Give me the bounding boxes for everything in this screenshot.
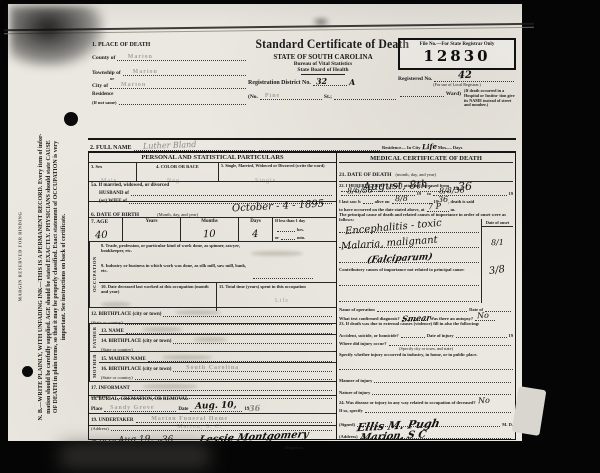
- years-cell: Years: [123, 218, 181, 241]
- industry-label: 9. Industry or business in which work wa…: [101, 263, 251, 273]
- mother-group: MOTHER 15. MAIDEN NAME 16. BIRTHPLACE (c…: [89, 352, 336, 382]
- cause-line-1: Encephalitis - toxic: [339, 223, 479, 233]
- autopsy-value-line: No: [475, 313, 495, 321]
- township-label: Township of: [92, 70, 121, 76]
- address-value-line: Marion, S C: [360, 431, 511, 439]
- mother-birthplace-sub-line: (State or country): [101, 372, 334, 380]
- father-birthplace-sub-line2: [135, 344, 332, 352]
- autopsy-value: No: [477, 312, 489, 320]
- father-name-line: [126, 326, 332, 334]
- industry-value-line: [253, 271, 313, 279]
- test-value-line: Smear: [402, 313, 428, 321]
- husband-line: HUSBAND of: [99, 188, 334, 196]
- where-line: Where did injury occur?: [339, 338, 513, 346]
- punch-hole: [64, 112, 78, 126]
- registration-district-line: Registration District No. 32 A: [248, 78, 398, 86]
- street-line: (No. Pine St.;: [248, 92, 398, 100]
- registered-line: Registered No. 42: [398, 74, 516, 82]
- age-label-cell: 7. AGE 40: [89, 218, 123, 241]
- mos-label: Mos.: [438, 145, 447, 150]
- accident-line: Accident, suicide, or homicide? Date of …: [339, 329, 513, 338]
- registered-value-line: 42: [434, 74, 514, 82]
- trade-label: 8. Trade, profession, or particular kind…: [101, 243, 251, 253]
- ink-smudge: [142, 384, 198, 389]
- birthplace-line: 12. BIRTHPLACE (city or town): [91, 309, 334, 317]
- place-of-death-block: 1. PLACE OF DEATH County of Marion Towns…: [92, 42, 248, 105]
- sex-race-marital-cells: 3. Sex Male 4. COLOR OR RACE Neg. 5. Sin…: [89, 163, 336, 181]
- signature-line: Ellis M. Pugh: [357, 419, 500, 427]
- total-time-label: 11. Total time (years) spent in this occ…: [219, 284, 334, 289]
- street-line2: [334, 92, 396, 100]
- state-title: STATE OF SOUTH CAROLINA: [248, 53, 398, 61]
- nb-line: OF DEATH in plain terms, so that it may …: [53, 127, 61, 427]
- burial-place-line: Sandy Grove: [104, 404, 176, 412]
- marital-cell: 5. Single, Married, Widowed or Divorced …: [219, 163, 336, 181]
- form-columns: PERSONAL AND STATISTICAL PARTICULARS 3. …: [88, 151, 516, 440]
- test-value: Smear: [401, 312, 432, 324]
- burial-date-label: Date: [178, 407, 188, 412]
- in-city-value: Life: [422, 143, 437, 151]
- county-label: County of: [92, 55, 115, 61]
- husband-value-line: [131, 188, 332, 196]
- causes-lines: Encephalitis - toxic Malaria, malignant …: [339, 219, 481, 302]
- burial-line: Place Sandy Grove Date Aug. 10, 19 36: [91, 404, 334, 412]
- occupation-group: OCCUPATION 8. Trade, profession, or part…: [89, 242, 336, 308]
- accident-value-line: [401, 330, 425, 338]
- mother-name-label: 15. MAIDEN NAME: [101, 357, 146, 362]
- signed-line: (Signed) Ellis M. Pugh M. D.: [339, 413, 513, 427]
- mother-birthplace-value: South Carolina: [186, 365, 239, 371]
- related-value: No: [478, 397, 490, 405]
- birthplace-value-line: [163, 309, 332, 317]
- mother-side-label: MOTHER: [89, 352, 99, 381]
- min-label: min.: [297, 235, 305, 240]
- cause-line-3: (Falciparum): [339, 253, 479, 263]
- county-value: Marion: [128, 54, 153, 60]
- min-dots: [281, 232, 295, 240]
- full-name-line2: [259, 143, 380, 151]
- district-value: 32: [315, 77, 326, 85]
- if-so-line: If so, specify: [339, 405, 513, 413]
- punch-hole: [22, 366, 33, 377]
- father-name-row: 13. NAME: [99, 324, 336, 335]
- trade-row: 8. Trade, profession, or particular kind…: [99, 242, 336, 262]
- medical-column: MEDICAL CERTIFICATE OF DEATH 21. DATE OF…: [337, 153, 515, 439]
- undertaker-line: 19. UNDERTAKER Marion Funeral Home: [91, 415, 334, 423]
- file-block: File No.—For State Registrar Only 12830 …: [398, 38, 516, 108]
- race-label: 4. COLOR OR RACE: [139, 164, 216, 169]
- test-line: What test confirmed diagnosis? Smear Was…: [339, 312, 513, 321]
- total-time-value: Life: [275, 298, 289, 304]
- street-value: Pine: [265, 93, 280, 99]
- ink-smudge: [175, 310, 221, 315]
- full-name-row: 2. FULL NAME Luther Bland Residence— In …: [88, 138, 516, 151]
- physician-address-value: Marion, S C: [359, 429, 427, 439]
- hrs-dots: [277, 224, 295, 232]
- father-birthplace-line: 14. BIRTHPLACE (city or town): [101, 336, 334, 344]
- binding-margin-note: MARGIN RESERVED FOR BINDING: [18, 197, 23, 317]
- birthplace-sub-value-line: [125, 317, 332, 325]
- father-name-label: 13. NAME: [101, 329, 124, 334]
- informant-row: 17. INFORMANT (Address): [89, 382, 336, 396]
- father-birthplace-sub-line: (State or country): [101, 344, 334, 352]
- paper-scrap: [512, 386, 547, 436]
- him-her-line: [363, 196, 373, 204]
- birthplace-sub-line: (State or country): [91, 317, 334, 325]
- township-value: Marion: [133, 69, 158, 75]
- undertaker-value-line: Marion Funeral Home: [136, 415, 332, 423]
- or-label: or: [275, 235, 279, 240]
- sex-race-marital-row: 3. Sex Male 4. COLOR OR RACE Neg. 5. Sin…: [89, 163, 336, 182]
- hrs-label: hrs.: [297, 227, 304, 232]
- district-suffix: A: [349, 78, 355, 86]
- residence-duration-block: Residence— In City Life Mos..... Days: [382, 143, 516, 150]
- injury-date-line: [456, 330, 507, 338]
- burial-date-line: Aug. 10,: [190, 404, 242, 412]
- ink-smudge: [193, 337, 227, 342]
- father-birthplace-value-line: [173, 336, 332, 344]
- specify-line: [339, 361, 513, 370]
- cause2-date: 8/1: [491, 239, 504, 247]
- manner-value-line: [374, 375, 511, 383]
- causes-block: Encephalitis - toxic Malaria, malignant …: [339, 219, 513, 302]
- father-birthplace-row: 14. BIRTHPLACE (city or town) (State or …: [99, 335, 336, 353]
- days-label: Days: [241, 219, 270, 224]
- months-cell: Months 10: [181, 218, 239, 241]
- months-value: 10: [203, 230, 216, 240]
- birth-value: October - 4 - 1895: [232, 200, 325, 215]
- date-of-birth-row: 6. DATE OF BIRTH (Month, day, and year) …: [89, 202, 336, 218]
- father-side-label: FATHER: [89, 324, 99, 351]
- city-label: City of: [92, 83, 108, 89]
- address-label: (Address): [339, 434, 358, 439]
- burial-place-value: Sandy Grove: [110, 405, 154, 411]
- last-saw-line: I last saw h alive on 8/8 19 36 , death …: [339, 196, 513, 204]
- cause-line-2: Malaria, malignant: [339, 238, 479, 248]
- registrar-signature: Lessie Montgomery: [198, 429, 310, 446]
- birth-sub-label: (Month, day, and year): [157, 212, 198, 217]
- occurred-line: to have occurred on the date stated abov…: [339, 204, 513, 212]
- ink-smudge: [101, 302, 131, 307]
- nb-margin-note: N. B.—WRITE PLAINLY, WITH UNFADING INK—T…: [38, 127, 68, 427]
- county-value-line: Marion: [117, 53, 246, 61]
- ink-smudge: [142, 327, 182, 332]
- occupation-content: 8. Trade, profession, or particular kind…: [99, 242, 336, 307]
- city-value-line: Marion: [110, 81, 246, 89]
- informant-line: 17. INFORMANT: [91, 383, 334, 391]
- mother-birthplace-value-line: South Carolina: [173, 364, 332, 372]
- last-saw-value: 8/8: [395, 195, 408, 203]
- street-no-label: (No.: [248, 94, 258, 100]
- full-name-line: Luther Bland: [134, 143, 255, 151]
- sex-cell: 3. Sex Male: [89, 163, 137, 181]
- burial-row: 18. BURIAL, CREMATION, OR REMOVAL Place …: [89, 396, 336, 414]
- cause2-value: Malaria, malignant: [341, 236, 438, 253]
- where-value-line: [389, 338, 511, 346]
- husband-label: HUSBAND of: [99, 191, 129, 196]
- ward-note-row: Ward) (If death occurred in a Hospital o…: [398, 89, 516, 108]
- full-name-value: Luther Bland: [143, 141, 197, 151]
- last-saw-label: I last saw h: [339, 199, 361, 204]
- dod-label: 21. DATE OF DEATH: [339, 172, 391, 178]
- related-line: 24. Was disease or injury in any way rel…: [339, 395, 513, 405]
- burial-date-value: Aug. 10,: [194, 401, 236, 411]
- operation-value-line: [377, 304, 467, 312]
- scan-speck: [308, 18, 334, 26]
- onset-column: Date of onset 8/1 3/8: [481, 219, 513, 302]
- certificate-header: 1. PLACE OF DEATH County of Marion Towns…: [88, 34, 516, 138]
- date-of-death-row: 21. DATE OF DEATH (month, day, and year)…: [339, 163, 513, 181]
- street-value-line: Pine: [260, 92, 322, 100]
- city-value: Marion: [121, 82, 146, 88]
- undertaker-value: Marion Funeral Home: [151, 416, 228, 422]
- specify-label: Specify whether injury occurred in indus…: [339, 352, 513, 360]
- cause3-value: (Falciparum): [366, 253, 433, 267]
- board-title: State Board of Health: [248, 67, 398, 73]
- county-line: County of Marion: [92, 53, 248, 61]
- mother-name-row: 15. MAIDEN NAME: [99, 352, 336, 363]
- registered-label: Registered No.: [398, 76, 432, 82]
- registered-note: (For use of Local Registrar.): [398, 82, 516, 87]
- personal-column: PERSONAL AND STATISTICAL PARTICULARS 3. …: [89, 153, 337, 439]
- death-said-label: , death is said: [448, 199, 474, 204]
- nb-line: N. B.—WRITE PLAINLY, WITH UNFADING INK—T…: [38, 127, 46, 427]
- time-line: 7 P: [427, 204, 449, 212]
- divider-rule: [301, 74, 345, 75]
- residence-sub-label: (If not same): [92, 100, 117, 105]
- contributory-line-1: [339, 276, 479, 286]
- time-value: 7 P: [428, 203, 441, 211]
- birthplace-row: 12. BIRTHPLACE (city or town) (State or …: [89, 308, 336, 324]
- marital-label: 5. Single, Married, Widowed or Divorced …: [221, 164, 334, 169]
- total-time-cell: 11. Total time (years) spent in this occ…: [217, 283, 336, 311]
- days-cell: Days 4: [239, 218, 273, 241]
- city-line: City of Marion: [92, 81, 248, 89]
- contributory-line-2: [339, 292, 479, 302]
- age-cells: 7. AGE 40 Years Months 10 Days 4: [89, 218, 336, 241]
- scan-background: MARGIN RESERVED FOR BINDING N. B.—WRITE …: [0, 0, 600, 473]
- in-city-label: In City: [407, 145, 421, 150]
- less-than-cell: If less than 1 day hrs. ormin.: [273, 218, 336, 241]
- alive-on-label: alive on: [375, 199, 390, 204]
- scan-shadow: [60, 443, 210, 469]
- operation-date-line: [485, 304, 511, 312]
- last-worked-total-row: 10. Date deceased last worked at this oc…: [99, 282, 336, 311]
- place-of-death-title: 1. PLACE OF DEATH: [92, 42, 248, 48]
- residence-value-line: [119, 97, 247, 105]
- medical-section-title: MEDICAL CERTIFICATE OF DEATH: [339, 153, 513, 163]
- registration-district-label: Registration District No.: [248, 80, 311, 86]
- certify-from-value: 8/6/36: [347, 187, 373, 196]
- hrs-line: hrs.: [275, 224, 334, 232]
- onset-header: Date of onset: [482, 219, 513, 227]
- days-label: Days: [453, 145, 463, 150]
- filed-row: 20. FILED Aug 19, 19 36 Lessie Montgomer…: [89, 426, 336, 440]
- mother-birthplace-sub: (State or country): [101, 375, 133, 380]
- file-number: 12830: [403, 47, 511, 65]
- occupation-side-label: OCCUPATION: [89, 242, 99, 307]
- township-value-line: Marion: [123, 68, 246, 76]
- age-label: 7. AGE: [91, 219, 120, 225]
- title-block: Standard Certificate of Death STATE OF S…: [248, 36, 398, 100]
- ward-label: Ward): [446, 91, 461, 97]
- min-line: ormin.: [275, 232, 334, 240]
- nb-line: important. See instructions on back of c…: [61, 127, 69, 427]
- residence-duration-label: Residence—: [382, 145, 406, 150]
- nature-line: Nature of injury: [339, 383, 513, 395]
- hospital-note: (If death occurred in a Hospital or Inst…: [464, 89, 516, 108]
- mother-birthplace-row: 16. BIRTHPLACE (city or town) South Caro…: [99, 363, 336, 381]
- age-row: 7. AGE 40 Years Months 10 Days 4: [89, 218, 336, 242]
- registered-value: 42: [458, 71, 472, 81]
- mother-content: 15. MAIDEN NAME 16. BIRTHPLACE (city or …: [99, 352, 336, 381]
- informant-value-line: [132, 383, 332, 391]
- nature-value-line: [372, 387, 511, 395]
- if-so-value-line: [365, 405, 511, 413]
- district-value-line: 32: [313, 78, 347, 86]
- mother-birthplace-line: 16. BIRTHPLACE (city or town) South Caro…: [101, 364, 334, 372]
- ink-smudge: [162, 355, 212, 360]
- certificate-paper: MARGIN RESERVED FOR BINDING N. B.—WRITE …: [8, 4, 522, 441]
- manner-line: Manner of injury: [339, 370, 513, 382]
- last-saw-date-line: 8/8: [392, 196, 432, 204]
- burial-year-value: 36: [249, 404, 260, 412]
- years-label: Years: [125, 219, 178, 224]
- burial-place-label: Place: [91, 407, 102, 412]
- months-label: Months: [183, 219, 236, 224]
- mother-name-line: [148, 354, 332, 362]
- personal-section-title: PERSONAL AND STATISTICAL PARTICULARS: [89, 153, 336, 163]
- certificate-title: Standard Certificate of Death: [256, 36, 391, 52]
- contributory-date: 3/8: [489, 265, 506, 277]
- dod-sub-label: (month, day, and year): [395, 172, 436, 177]
- contributory-label: Contributory causes of importance not re…: [339, 267, 479, 272]
- age-years-value: 40: [95, 231, 108, 241]
- father-content: 13. NAME 14. BIRTHPLACE (city or town) (…: [99, 324, 336, 351]
- last-worked-label: 10. Date deceased last worked at this oc…: [101, 284, 214, 294]
- file-number-box: File No.—For State Registrar Only 12830: [398, 38, 516, 70]
- last-worked-cell: 10. Date deceased last worked at this oc…: [99, 283, 217, 311]
- ink-smudge: [251, 251, 303, 256]
- undertaker-row: 19. UNDERTAKER Marion Funeral Home (Addr…: [89, 414, 336, 426]
- residence-line: (If not same): [92, 97, 248, 105]
- township-line: Township of Marion: [92, 68, 248, 76]
- ward-line: Ward): [398, 89, 461, 97]
- race-cell: 4. COLOR OR RACE Neg.: [137, 163, 219, 181]
- father-group: FATHER 13. NAME 14. BIRTHPLACE (city or …: [89, 324, 336, 352]
- street-label: St.;: [324, 94, 332, 100]
- days-value: 4: [252, 230, 259, 240]
- industry-row: 9. Industry or business in which work wa…: [99, 262, 336, 282]
- ward-dots: [400, 89, 444, 97]
- nb-line: mation should be carefully supplied. AGE…: [46, 127, 54, 427]
- sex-label: 3. Sex: [91, 164, 134, 169]
- mother-birthplace-sub-line2: [135, 372, 332, 380]
